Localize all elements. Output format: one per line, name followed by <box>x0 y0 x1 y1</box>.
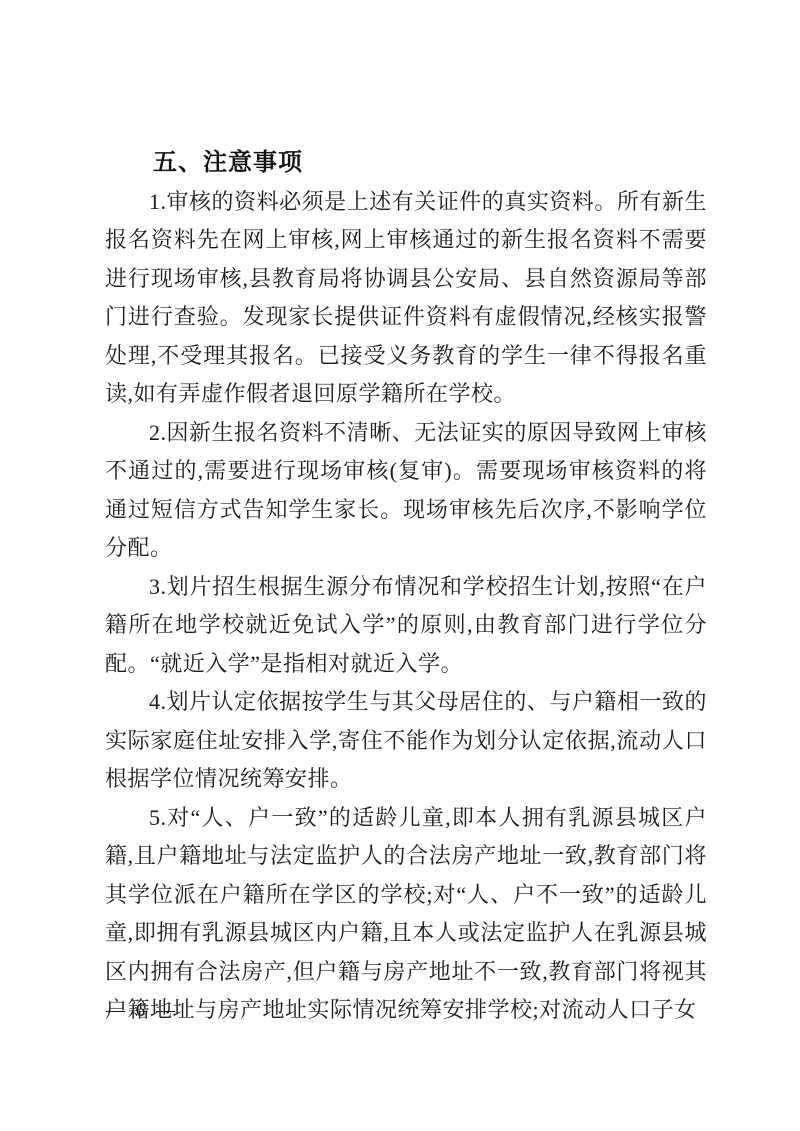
paragraph-1: 1.审核的资料必须是上述有关证件的真实资料。所有新生报名资料先在网上审核,网上审… <box>105 183 707 414</box>
section-heading: 五、注意事项 <box>105 144 707 183</box>
document-content: 五、注意事项 1.审核的资料必须是上述有关证件的真实资料。所有新生报名资料先在网… <box>105 144 707 1030</box>
page-number: — 6 — <box>106 1000 178 1022</box>
paragraph-4: 4.划片认定依据按学生与其父母居住的、与户籍相一致的实际家庭住址安排入学,寄住不… <box>105 683 707 799</box>
paragraph-5: 5.对“人、户一致”的适龄儿童,即本人拥有乳源县城区户籍,且户籍地址与法定监护人… <box>105 799 707 1030</box>
document-page: 五、注意事项 1.审核的资料必须是上述有关证件的真实资料。所有新生报名资料先在网… <box>0 0 800 1131</box>
paragraph-2: 2.因新生报名资料不清晰、无法证实的原因导致网上审核不通过的,需要进行现场审核(… <box>105 414 707 568</box>
paragraph-3: 3.划片招生根据生源分布情况和学校招生计划,按照“在户籍所在地学校就近免试入学”… <box>105 568 707 684</box>
